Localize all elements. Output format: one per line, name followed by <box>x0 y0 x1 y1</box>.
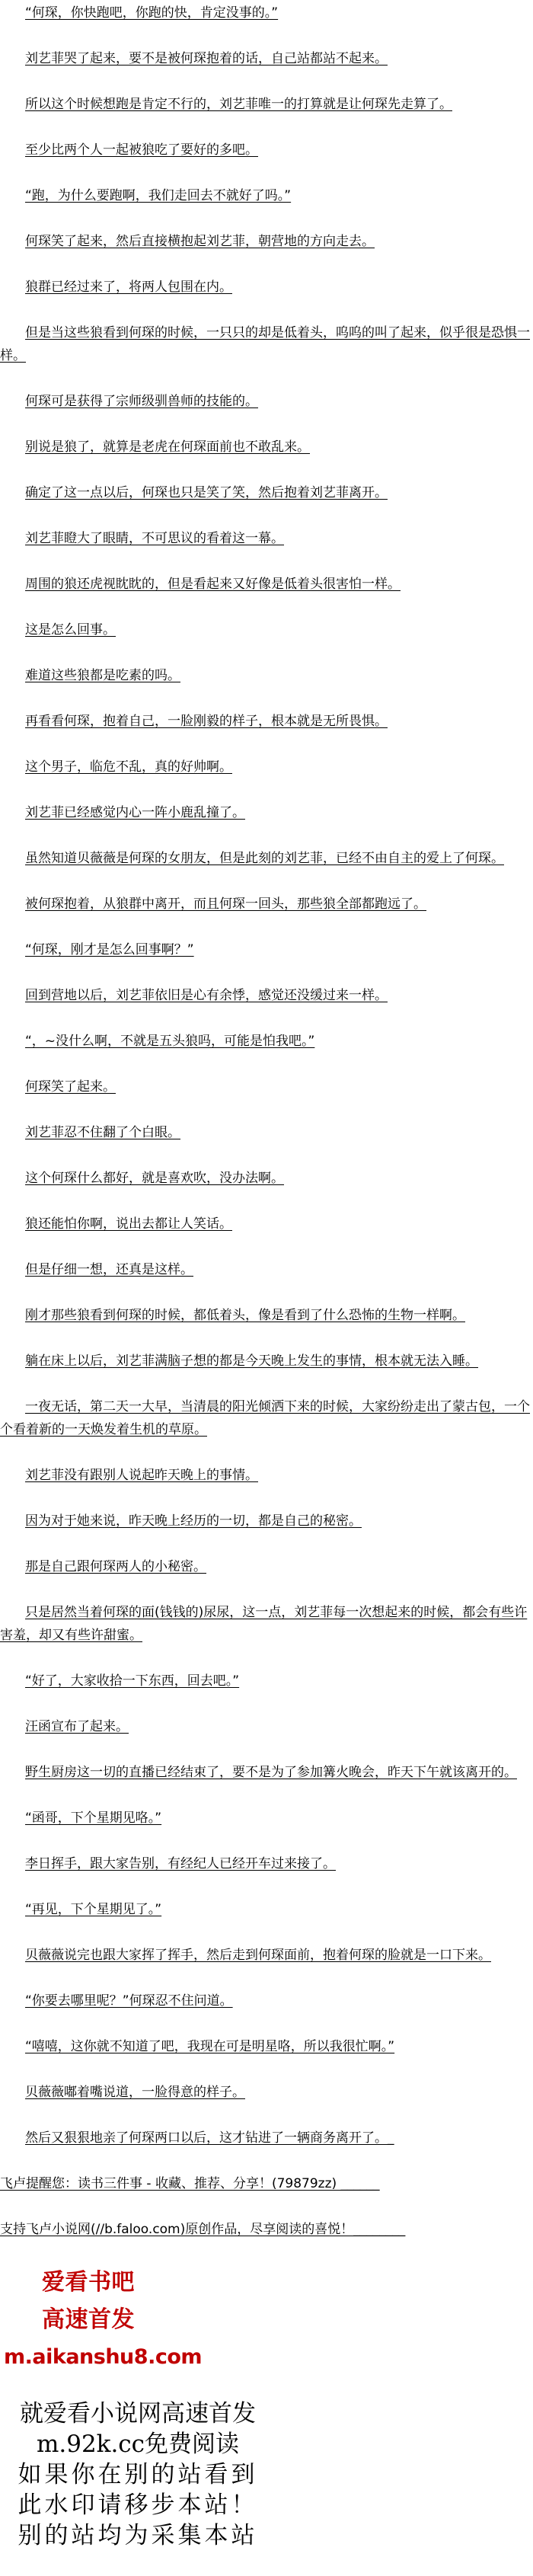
paragraph-list: “何琛，你快跑吧，你跑的快，肯定没事的。”刘艺菲哭了起来，要不是被何琛抱着的话，… <box>0 2 533 2149</box>
publisher-notice: 飞卢提醒您：读书三件事 - 收藏、推荐、分享！(79879zz) ______支… <box>0 2172 533 2241</box>
footer-watermark: 就爱看小说网高速首发m.92k.cc免费阅读如果你在别的站看到此水印请移步本站！… <box>0 2399 276 2551</box>
watermark-tagline: 高速首发 <box>0 2301 533 2338</box>
novel-paragraph: 虽然知道贝薇薇是何琛的女朋友，但是此刻的刘艺菲，已经不由自主的爱上了何琛。 <box>0 847 533 870</box>
novel-paragraph: 狼群已经过来了，将两人包围在内。 <box>0 276 533 299</box>
novel-paragraph: 但是仔细一想，还真是这样。 <box>0 1258 533 1281</box>
watermark-site-name: 爱看书吧 <box>0 2264 533 2301</box>
novel-paragraph: 这个何琛什么都好，就是喜欢吹，没办法啊。 <box>0 1167 533 1190</box>
novel-paragraph: 刘艺菲已经感觉内心一阵小鹿乱撞了。 <box>0 801 533 824</box>
novel-paragraph: 再看看何琛，抱着自己，一脸刚毅的样子，根本就是无所畏惧。 <box>0 710 533 733</box>
novel-paragraph: “何琛，你快跑吧，你跑的快，肯定没事的。” <box>0 2 533 24</box>
faloo-notice-line: 飞卢提醒您：读书三件事 - 收藏、推荐、分享！(79879zz) ______ <box>0 2172 533 2195</box>
novel-paragraph: 刘艺菲瞪大了眼睛，不可思议的看着这一幕。 <box>0 527 533 550</box>
novel-paragraph: 那是自己跟何琛两人的小秘密。 <box>0 1555 533 1578</box>
novel-paragraph: 野生厨房这一切的直播已经结束了，要不是为了参加篝火晚会，昨天下午就该离开的。 <box>0 1761 533 1784</box>
footer-watermark-line: m.92k.cc免费阅读 <box>0 2429 276 2459</box>
novel-paragraph: 这个男子，临危不乱，真的好帅啊。 <box>0 756 533 778</box>
novel-paragraph: 只是居然当着何琛的面(钱钱的)尿尿，这一点，刘艺菲每一次想起来的时候，都会有些许… <box>0 1601 533 1647</box>
novel-paragraph: 难道这些狼都是吃素的吗。 <box>0 664 533 687</box>
novel-paragraph: 因为对于她来说，昨天晚上经历的一切，都是自己的秘密。 <box>0 1510 533 1532</box>
site-watermark: 爱看书吧 高速首发 m.aikanshu8.com <box>0 2264 533 2376</box>
novel-paragraph: 然后又狠狠地亲了何琛两口以后，这才钻进了一辆商务离开了。_ <box>0 2127 533 2149</box>
novel-paragraph: 李日挥手，跟大家告别，有经纪人已经开车过来接了。 <box>0 1852 533 1875</box>
novel-paragraph: 所以这个时候想跑是肯定不行的，刘艺菲唯一的打算就是让何琛先走算了。 <box>0 93 533 116</box>
novel-paragraph: 刘艺菲哭了起来，要不是被何琛抱着的话，自己站都站不起来。 <box>0 47 533 70</box>
watermark-url: m.aikanshu8.com <box>0 2338 533 2376</box>
novel-paragraph: 贝薇薇嘟着嘴说道，一脸得意的样子。 <box>0 2081 533 2104</box>
footer-watermark-line: 别的站均为采集本站 <box>0 2520 276 2551</box>
faloo-notice-line: 支持飞卢小说网(//b.faloo.com)原创作品，尽享阅读的喜悦！_____… <box>0 2218 533 2241</box>
novel-paragraph: 但是当这些狼看到何琛的时候，一只只的却是低着头，呜呜的叫了起来，似乎很是恐惧一样… <box>0 321 533 367</box>
novel-paragraph: 汪函宣布了起来。 <box>0 1715 533 1738</box>
novel-paragraph: 周围的狼还虎视眈眈的，但是看起来又好像是低着头很害怕一样。 <box>0 573 533 596</box>
novel-paragraph: 何琛笑了起来。 <box>0 1075 533 1098</box>
footer-watermark-line: 此水印请移步本站！ <box>0 2490 276 2520</box>
novel-paragraph: 被何琛抱着，从狼群中离开，而且何琛一回头，那些狼全部都跑远了。 <box>0 893 533 916</box>
novel-chapter-content: “何琛，你快跑吧，你跑的快，肯定没事的。”刘艺菲哭了起来，要不是被何琛抱着的话，… <box>0 0 533 2551</box>
novel-paragraph: 贝薇薇说完也跟大家挥了挥手，然后走到何琛面前，抱着何琛的脸就是一口下来。 <box>0 1944 533 1967</box>
novel-paragraph: 一夜无话，第二天一大早，当清晨的阳光倾洒下来的时候，大家纷纷走出了蒙古包，一个个… <box>0 1395 533 1441</box>
novel-paragraph: “，~没什么啊，不就是五头狼吗，可能是怕我吧。” <box>0 1030 533 1053</box>
novel-paragraph: 躺在床上以后，刘艺菲满脑子想的都是今天晚上发生的事情，根本就无法入睡。 <box>0 1350 533 1373</box>
novel-paragraph: 回到营地以后，刘艺菲依旧是心有余悸，感觉还没缓过来一样。 <box>0 984 533 1007</box>
novel-paragraph: “函哥，下个星期见咯。” <box>0 1807 533 1830</box>
novel-paragraph: 刘艺菲没有跟别人说起昨天晚上的事情。 <box>0 1464 533 1487</box>
novel-paragraph: “何琛，刚才是怎么回事啊？” <box>0 938 533 961</box>
novel-paragraph: 刘艺菲忍不住翻了个白眼。 <box>0 1121 533 1144</box>
novel-paragraph: “你要去哪里呢？”何琛忍不住问道。 <box>0 1990 533 2012</box>
novel-paragraph: 别说是狼了，就算是老虎在何琛面前也不敢乱来。 <box>0 436 533 459</box>
novel-paragraph: 确定了这一点以后，何琛也只是笑了笑，然后抱着刘艺菲离开。 <box>0 481 533 504</box>
novel-paragraph: 刚才那些狼看到何琛的时候，都低着头，像是看到了什么恐怖的生物一样啊。 <box>0 1304 533 1327</box>
novel-paragraph: “再见，下个星期见了。” <box>0 1898 533 1921</box>
novel-paragraph: 这是怎么回事。 <box>0 618 533 641</box>
novel-paragraph: 狼还能怕你啊，说出去都让人笑话。 <box>0 1213 533 1235</box>
novel-paragraph: 何琛可是获得了宗师级驯兽师的技能的。 <box>0 390 533 413</box>
novel-paragraph: “好了，大家收拾一下东西，回去吧。” <box>0 1670 533 1692</box>
footer-watermark-line: 如果你在别的站看到 <box>0 2459 276 2490</box>
novel-paragraph: “嘻嘻，这你就不知道了吧，我现在可是明星咯，所以我很忙啊。” <box>0 2035 533 2058</box>
novel-paragraph: “跑，为什么要跑啊，我们走回去不就好了吗。” <box>0 184 533 207</box>
novel-paragraph: 何琛笑了起来，然后直接横抱起刘艺菲，朝营地的方向走去。 <box>0 230 533 253</box>
novel-paragraph: 至少比两个人一起被狼吃了要好的多吧。 <box>0 139 533 161</box>
footer-watermark-line: 就爱看小说网高速首发 <box>0 2399 276 2429</box>
